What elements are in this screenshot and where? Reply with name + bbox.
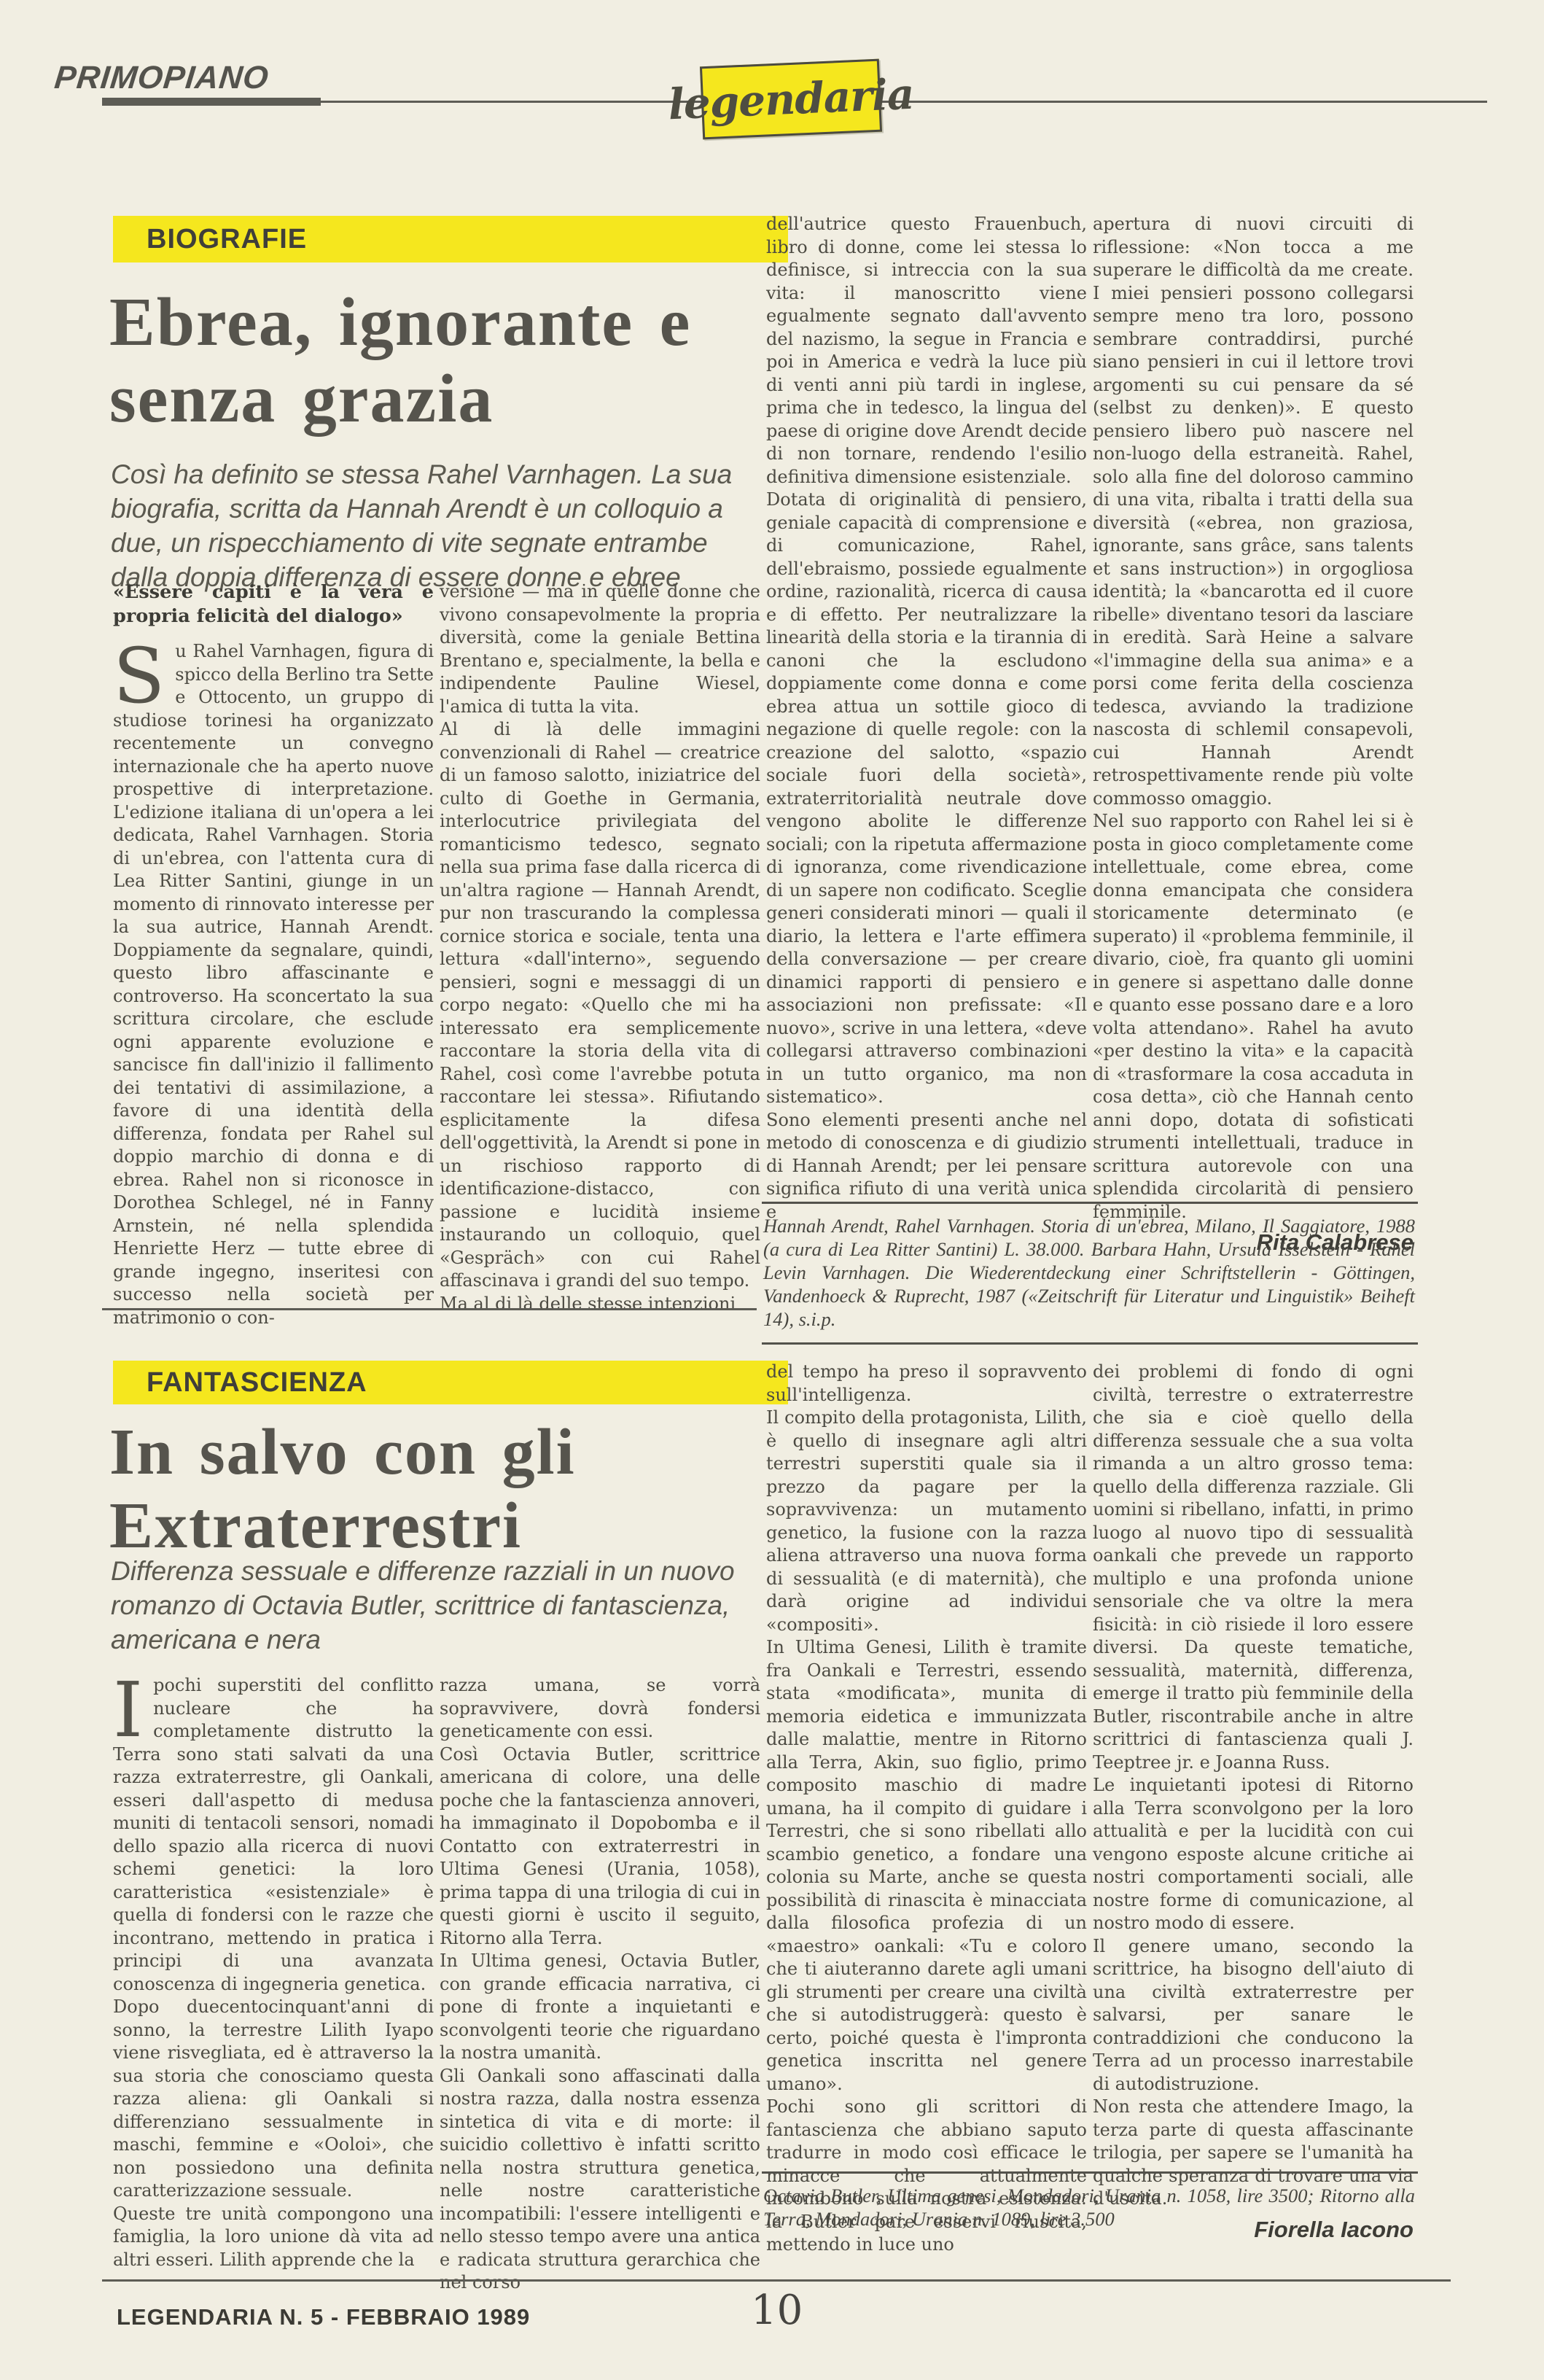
article2-paragraph: Queste tre unità compongono una famiglia… [113,2203,434,2272]
article1-paragraph: apertura di nuovi circuiti di riflession… [1093,213,1414,810]
article1-paragraph: Dotata di originalità di pensiero, genia… [766,489,1087,1109]
article2-paragraph: Così Octavia Butler, scrittrice american… [440,1743,760,1951]
article2-column-1: Ipochi superstiti del conflitto nucleare… [113,1674,434,2271]
article1-title: Ebrea, ignorante e senza grazia [109,284,765,438]
article2-column-2: razza umana, se vorrà sopravvivere, dovr… [440,1674,760,2295]
article1-column-1: «Essere capiti è la vera e propria felic… [113,580,434,1329]
section-divider-rule [102,1308,757,1310]
article1-paragraph-text: u Rahel Varnhagen, figura di spicco dell… [113,641,434,1328]
article1-paragraph: versione — ma in quelle donne che vivono… [440,580,760,718]
article1-bibliography: Hannah Arendt, Rahel Varnhagen. Storia d… [762,1202,1418,1345]
article2-paragraph: razza umana, se vorrà sopravvivere, dovr… [440,1674,760,1743]
article1-paragraph: Al di là delle immagini convenzionali di… [440,718,760,1293]
section-tag-fantascienza: FANTASCIENZA [113,1361,788,1404]
article2-column-3: del tempo ha preso il sopravvento sull'i… [766,1361,1087,2257]
page-number: 10 [751,2287,803,2334]
masthead-rule-thick [102,98,321,106]
article1-paragraph: Nel suo rapporto con Rahel lei si è post… [1093,810,1414,1224]
article1-lead: «Essere capiti è la vera e propria felic… [113,580,434,629]
article2-paragraph: Dopo duecentocinquant'anni di sonno, la … [113,1996,434,2203]
article2-title: In salvo con gli Extraterrestri [109,1416,590,1563]
article2-paragraph: Ipochi superstiti del conflitto nucleare… [113,1674,434,1996]
article2-paragraph-text: pochi superstiti del conflitto nucleare … [113,1675,434,1994]
article1-paragraph: Su Rahel Varnhagen, figura di spicco del… [113,640,434,1329]
article2-standfirst: Differenza sessuale e differenze razzial… [111,1555,761,1657]
article1-column-4: apertura di nuovi circuiti di riflession… [1093,213,1414,1254]
section-tag-biografie: BIOGRAFIE [113,216,788,262]
masthead: PRIMOPIANO [52,60,270,96]
footer-issue-label: LEGENDARIA N. 5 - FEBBRAIO 1989 [117,2304,530,2330]
article2-paragraph: Le inquietanti ipotesi di Ritorno alla T… [1093,1774,1414,1935]
article1-column-3: dell'autrice questo Frauenbuch, libro di… [766,213,1087,1224]
article1-paragraph: Ma al di là delle stesse intenzioni [440,1293,760,1316]
article2-paragraph: Il compito della protagonista, Lilith, è… [766,1407,1087,1636]
footer-rule [102,2279,1451,2282]
article2-paragraph: Gli Oankali sono affascinati dalla nostr… [440,2065,760,2295]
article2-paragraph: dei problemi di fondo di ogni civiltà, t… [1093,1361,1414,1774]
article2-dropcap: I [113,1674,153,1740]
article2-column-4: dei problemi di fondo di ogni civiltà, t… [1093,1361,1414,2241]
article1-paragraph: dell'autrice questo Frauenbuch, libro di… [766,213,1087,489]
magazine-logo: legendaria [700,59,882,140]
article2-paragraph: In Ultima genesi, Octavia Butler, con gr… [440,1950,760,2065]
article1-dropcap: S [113,640,175,706]
article1-standfirst: Così ha definito se stessa Rahel Varnhag… [111,458,761,595]
article2-paragraph: Il genere umano, secondo la scrittrice, … [1093,1935,1414,2096]
article2-paragraph: del tempo ha preso il sopravvento sull'i… [766,1361,1087,1407]
article2-bibliography: Octavia Butler, Ultima genesi, Mondadori… [762,2171,1418,2242]
article2-paragraph: In Ultima Genesi, Lilith è tramite fra O… [766,1636,1087,2096]
article1-column-2: versione — ma in quelle donne che vivono… [440,580,760,1315]
